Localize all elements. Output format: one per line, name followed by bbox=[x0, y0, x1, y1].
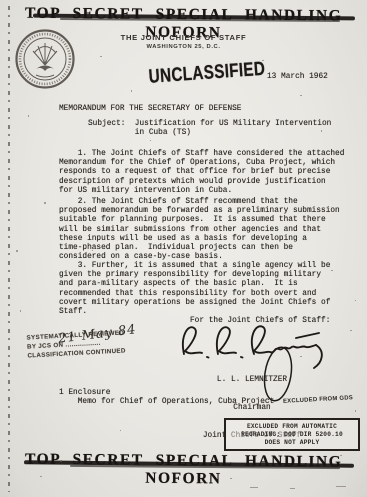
closing-line: For the Joint Chiefs of Staff: bbox=[190, 317, 330, 326]
scanned-memo-page: TOP SECRET SPECIAL HANDLING NOFORN THE J… bbox=[0, 0, 367, 497]
letterhead-organization: THE JOINT CHIEFS OF STAFF bbox=[0, 33, 367, 42]
document-date: 13 March 1962 bbox=[267, 73, 328, 82]
unclassified-stamp: UNCLASSIFIED bbox=[148, 58, 266, 88]
body-paragraph-3: 3. Further, it is assumed that a single … bbox=[59, 262, 330, 317]
classification-banner-bottom: TOP SECRET SPECIAL HANDLING NOFORN bbox=[0, 450, 367, 489]
memo-heading: MEMORANDUM FOR THE SECRETARY OF DEFENSE bbox=[59, 105, 241, 114]
regrading-stamp-line: REGRADING; DOD DIR 5200.10 bbox=[228, 431, 356, 439]
letterhead-address: WASHINGTON 25, D.C. bbox=[0, 44, 367, 50]
body-paragraph-1: 1. The Joint Chiefs of Staff have consid… bbox=[59, 150, 344, 196]
enclosure-note: 1 Enclosure Memo for Chief of Operations… bbox=[59, 389, 274, 407]
scan-edge-artifact bbox=[8, 6, 10, 492]
signer-name: L. L. LEMNITZER bbox=[186, 376, 318, 385]
body-paragraph-2: 2. The Joint Chiefs of Staff recommend t… bbox=[59, 198, 340, 262]
subject-line: Subject: Justification for US Military I… bbox=[88, 120, 331, 138]
regrading-stamp-line: EXCLUDED FROM AUTOMATIC bbox=[228, 423, 356, 431]
regrading-stamp: EXCLUDED FROM AUTOMATIC REGRADING; DOD D… bbox=[224, 418, 360, 451]
regrading-stamp-line: DOES NOT APPLY bbox=[228, 439, 356, 447]
